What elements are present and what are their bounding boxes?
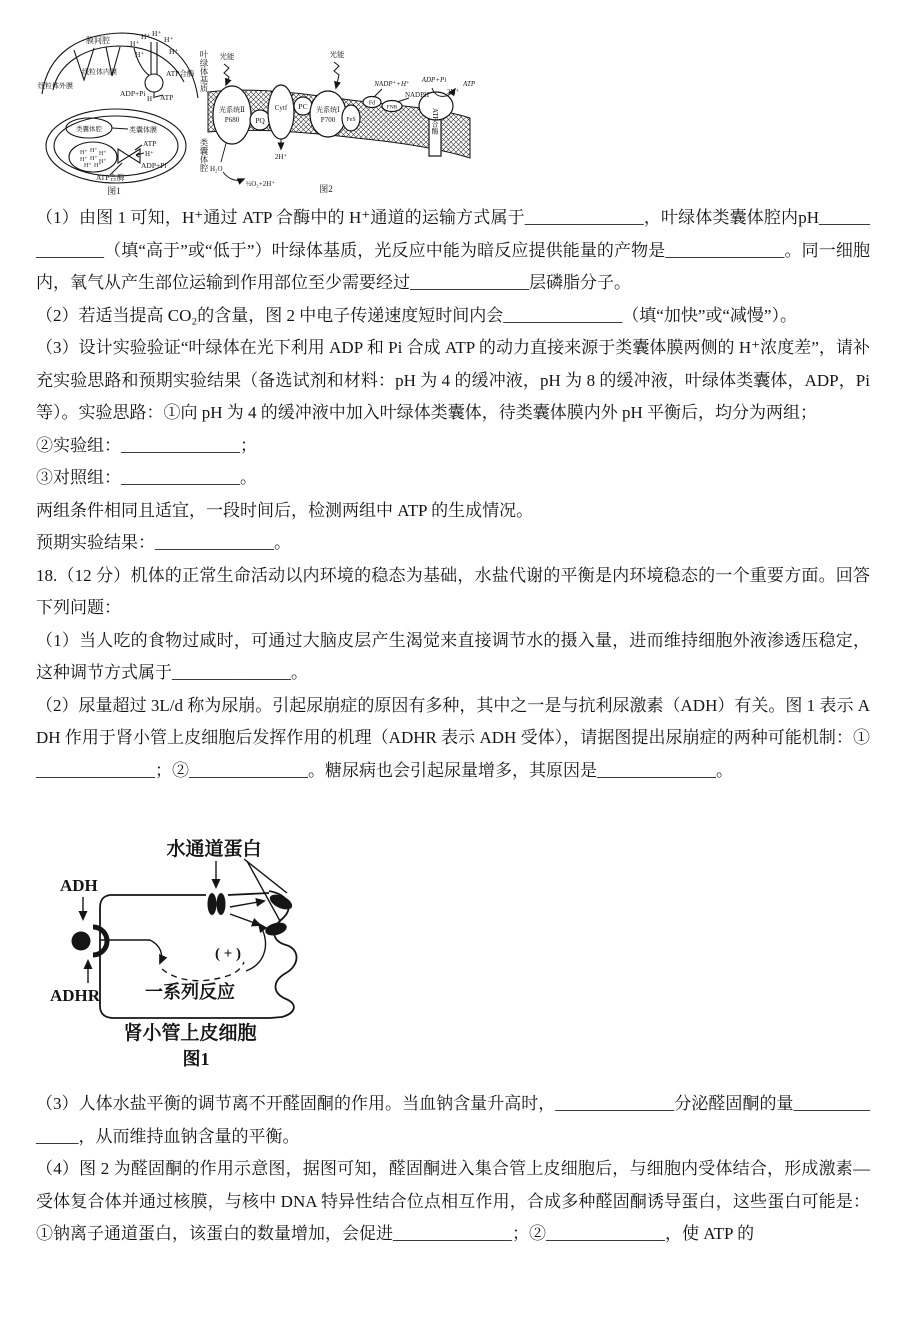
- exam-page: H⁺ H⁺ H⁺ H⁺ H⁺ H⁺ 膜间腔 线粒体外膜 线粒体内膜 ATP合酶 …: [0, 0, 900, 1319]
- lumen-label: 类囊体腔: [199, 137, 209, 173]
- chloro-lumen-label: 类囊体腔: [76, 124, 103, 133]
- photosystem1-blob: [310, 91, 346, 137]
- h2o-label: H₂O: [210, 165, 223, 173]
- channel-to-membrane-arrow: [230, 914, 260, 925]
- adh-molecule: [72, 932, 91, 951]
- chloro-h-plus-label: H⁺: [80, 150, 88, 156]
- q17-part3-text: （3）设计实验验证“叶绿体在光下利用 ADP 和 Pi 合成 ATP 的动力直接…: [36, 332, 870, 430]
- cell-name-label: 肾小管上皮细胞: [123, 1021, 256, 1044]
- q18-intro-text: 18.（12 分）机体的正常生命活动以内环境的稳态为基础，水盐代谢的平衡是内环境…: [36, 560, 870, 625]
- q17-part1-text: （1）由图 1 可知，H⁺通过 ATP 合酶中的 H⁺通道的运输方式属于____…: [36, 202, 870, 300]
- ps1-label: 光系统Ⅰ: [316, 105, 340, 114]
- fnr-label: FNR: [387, 105, 398, 111]
- q17-exp-group-line: ②实验组：______________；: [36, 430, 870, 463]
- mito-h-plus-label: H⁺: [164, 35, 173, 44]
- chloro-h-plus-label: H⁺: [90, 148, 98, 154]
- q18-part2-text: （2）尿量超过 3L/d 称为尿崩。引起尿崩症的原因有多种，其中之一是与抗利尿激…: [36, 690, 870, 788]
- channel-to-membrane-arrow: [230, 901, 264, 907]
- ps2-label: 光系统Ⅱ: [219, 105, 245, 114]
- chloro-atp-label: ATP: [143, 139, 156, 148]
- fes-label: FeS: [346, 117, 355, 123]
- q18-part3-text: （3）人体水盐平衡的调节离不开醛固酮的作用。当血钠含量升高时，_________…: [36, 1088, 870, 1153]
- two-h-label: 2H⁺: [275, 153, 288, 161]
- plus-sign-label: ( + ): [215, 946, 241, 962]
- figure-thylakoid-membrane: 叶绿体基质 类囊体腔 光能 光能 光系统Ⅱ P680 PQ Cytf 2H⁺ P…: [196, 32, 482, 200]
- chloro-adp-pi-label: ADP+Pi: [141, 161, 167, 170]
- aquaporin-channel: [217, 893, 226, 915]
- reaction-series-label: 一系列反应: [145, 981, 235, 1002]
- two-h-label: 2H⁺: [447, 88, 460, 96]
- atp-synthase-label: ATP合酶: [431, 108, 439, 136]
- adp-pi-label: ADP+Pi: [421, 76, 447, 84]
- chloro-h-plus-label: H⁺: [84, 163, 92, 169]
- nadp-line: [374, 89, 382, 97]
- cell-top-membrane: [110, 893, 269, 895]
- q17-expected-result-line: 预期实验结果：______________。: [36, 527, 870, 560]
- mito-h-plus-label: H⁺: [135, 50, 144, 59]
- cytochrome-blob: [268, 85, 294, 139]
- chloro-h-plus-label: H⁺: [90, 156, 98, 162]
- photosystem2-blob: [213, 86, 251, 144]
- chloro-membrane-label: 类囊体膜: [129, 125, 157, 134]
- chloroplast-outer-envelope: [46, 109, 186, 183]
- cyt-label: Cytf: [275, 104, 288, 112]
- reaction-to-channel-arrow: [246, 924, 266, 971]
- mito-h-plus-label: H⁺: [152, 29, 161, 38]
- pc-label: PC: [298, 102, 307, 111]
- chloro-atp-synthase-left-lobe: [118, 149, 129, 163]
- q17-control-group-line: ③对照组：______________。: [36, 462, 870, 495]
- mito-adp-pi-label: ADP+Pi: [120, 89, 146, 98]
- chloro-atp-synthase-label: ATP合酶: [96, 172, 125, 182]
- q17-conditions-line: 两组条件相同且适宜，一段时间后，检测两组中 ATP 的生成情况。: [36, 495, 870, 528]
- mito-atp-synthase-head: [145, 74, 163, 92]
- figure2-caption: 图2: [319, 184, 333, 194]
- nadp-label: NADP⁺+H⁺: [373, 80, 410, 88]
- mito-atp-label: ATP: [160, 93, 173, 102]
- mito-outer-membrane-label: 线粒体外膜: [38, 81, 73, 90]
- q17-part2-text: （2）若适当提高 CO₂的含量，图 2 中电子传递速度短时间内会________…: [36, 300, 870, 333]
- h2o-split-arrow: [223, 172, 244, 180]
- chloro-h-plus-label: H⁺: [99, 151, 107, 157]
- aquaporin-pointer-line: [244, 859, 287, 893]
- pq-label: PQ: [255, 116, 265, 125]
- light-zigzag-arrow: [224, 64, 229, 85]
- fd-label: Fd: [369, 101, 375, 107]
- aquaporin-label: 水通道蛋白: [166, 837, 261, 860]
- mito-intermembrane-label: 膜间腔: [86, 35, 110, 45]
- stroma-label: 叶绿体基质: [199, 49, 209, 93]
- signal-curve-arrow: [150, 940, 162, 963]
- mito-h-plus-label: H⁺: [147, 95, 156, 103]
- membrane-aquaporin-vesicle: [264, 920, 288, 937]
- chloro-h-plus-label: H⁺: [94, 163, 102, 169]
- mito-h-plus-label: H⁺: [141, 32, 150, 41]
- chloro-h-plus-label: H⁺: [145, 150, 154, 158]
- mito-h-plus-label: H⁺: [169, 47, 178, 56]
- mito-atp-synthase-label: ATP合酶: [166, 68, 195, 78]
- aquaporin-channel: [208, 893, 217, 915]
- mito-atp-synthase-stalk: [151, 42, 157, 74]
- adh-figure-caption: 图1: [183, 1049, 210, 1069]
- chloro-atp-pointer: [135, 145, 142, 150]
- light-energy-label: 光能: [220, 51, 235, 61]
- aquaporin-pointer-line: [247, 861, 280, 921]
- question-18-continued-block: （3）人体水盐平衡的调节离不开醛固酮的作用。当血钠含量升高时，_________…: [36, 1088, 870, 1251]
- adh-label: ADH: [60, 876, 98, 895]
- adhr-label: ADHR: [50, 986, 101, 1005]
- reaction-dashed-curve: [162, 962, 244, 981]
- mito-h-plus-label: H⁺: [130, 39, 139, 48]
- thylakoid-membrane-pointer: [112, 128, 128, 129]
- q18-part4-text: （4）图 2 为醛固酮的作用示意图，据图可知，醛固酮进入集合管上皮细胞后，与细胞…: [36, 1153, 870, 1251]
- p680-label: P680: [225, 116, 240, 124]
- cell-right-wavy-membrane: [269, 891, 297, 1018]
- o2-label: ½O₂+2H⁺: [246, 180, 275, 188]
- figure1-caption: 图1: [107, 186, 121, 196]
- light-zigzag-arrow: [334, 62, 339, 88]
- question-17-18-text-block: （1）由图 1 可知，H⁺通过 ATP 合酶中的 H⁺通道的运输方式属于____…: [36, 202, 870, 787]
- mito-inner-membrane-label: 线粒体内膜: [82, 67, 117, 76]
- p700-label: P700: [321, 116, 336, 124]
- q18-part1-text: （1）当人吃的食物过咸时，可通过大脑皮层产生渴觉来直接调节水的摄入量，进而维持细…: [36, 625, 870, 690]
- figure-adh-kidney-cell: 水通道蛋白 ADH ADHR ( + ) 一系列反应 肾小管上皮细胞 图1: [38, 833, 340, 1081]
- figure-mito-chloro: H⁺ H⁺ H⁺ H⁺ H⁺ H⁺ 膜间腔 线粒体外膜 线粒体内膜 ATP合酶 …: [38, 26, 210, 202]
- light-energy-label: 光能: [330, 49, 345, 59]
- atp-label: ATP: [462, 80, 476, 88]
- nadph-label: NADPH: [405, 91, 429, 99]
